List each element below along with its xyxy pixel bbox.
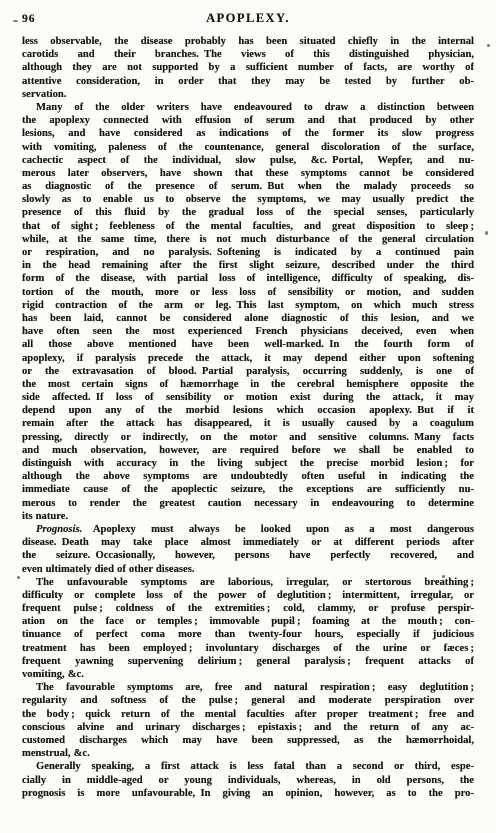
text-line: frequent yawning supervening delirium ; …: [22, 655, 474, 668]
text-line: its nature.: [22, 510, 474, 523]
text-line: even ultimately died of other diseases.: [22, 563, 474, 576]
text-line: treatment has been employed ; involuntar…: [22, 642, 474, 655]
text-line: that of sight ; feebleness of the mental…: [22, 220, 474, 233]
text-line: has been laid, cannot be considered alon…: [22, 312, 474, 325]
text-line: although the above symptoms are undoubte…: [22, 470, 474, 483]
text-line: slowly as to enable us to observe the sy…: [22, 193, 474, 206]
scan-speck: [487, 44, 490, 47]
text-line: lesions, and have considered as indicati…: [22, 127, 474, 140]
text-line: carotids and their branches. The views o…: [22, 48, 474, 61]
text-line: or respiration, and no paralysis. Soften…: [22, 246, 474, 259]
running-title: APOPLEXY.: [22, 11, 474, 26]
text-block: less observable, the disease probably ha…: [22, 35, 474, 800]
text-line: difficulty or complete loss of the power…: [22, 589, 474, 602]
text-line: side affected. If loss of sensibility or…: [22, 391, 474, 404]
scan-speck: [485, 231, 488, 235]
text-line: rigid contraction of the arm or leg. Thi…: [22, 299, 474, 312]
paragraph: The unfavourable symptoms are laborious,…: [22, 576, 474, 682]
book-page: 96 APOPLEXY. less observable, the diseas…: [0, 0, 496, 833]
scan-speck: [442, 575, 445, 578]
text-line: have often seen the most experienced Fre…: [22, 325, 474, 338]
text-line: prognosis is more unfavourable, In givin…: [22, 787, 474, 800]
text-line: Prognosis. Apoplexy must always be looke…: [22, 523, 474, 536]
page-header: 96 APOPLEXY.: [22, 11, 474, 27]
text-line: attentive consideration, in order that t…: [22, 75, 474, 88]
text-line: Many of the older writers have endeavour…: [22, 101, 474, 114]
text-line: Generally speaking, a first attack is le…: [22, 760, 474, 773]
text-line: with vomiting, paleness of the countenan…: [22, 141, 474, 154]
text-line: The favourable symptoms are, free and na…: [22, 681, 474, 694]
text-line: disease. Death may take place almost imm…: [22, 536, 474, 549]
text-line: distinguish with accuracy in the living …: [22, 457, 474, 470]
text-line: merous to render the greatest caution ne…: [22, 497, 474, 510]
paragraph-lead-italic: Prognosis.: [36, 524, 82, 535]
text-line: apoplexy, if paralysis precede the attac…: [22, 352, 474, 365]
paragraph: The favourable symptoms are, free and na…: [22, 681, 474, 760]
text-line: customed discharges which may have been …: [22, 734, 474, 747]
text-line: less observable, the disease probably ha…: [22, 35, 474, 48]
paragraph: Generally speaking, a first attack is le…: [22, 760, 474, 800]
text-line: conscious alvine and urinary discharges …: [22, 721, 474, 734]
text-line: merous later observers, have shown that …: [22, 167, 474, 180]
text-line: The unfavourable symptoms are laborious,…: [22, 576, 474, 589]
scan-speck: [13, 20, 18, 22]
text-line: pressing, directly or indirectly, on the…: [22, 431, 474, 444]
text-line: and much observation, however, are requi…: [22, 444, 474, 457]
text-line: cially in middle-aged or young individua…: [22, 774, 474, 787]
text-line: the apoplexy connected with effusion of …: [22, 114, 474, 127]
text-line: regularity and softness of the pulse ; g…: [22, 694, 474, 707]
text-line: all those above mentioned have been well…: [22, 338, 474, 351]
text-line: in the head remaining after the first sl…: [22, 259, 474, 272]
text-line: menstrual, &c.: [22, 747, 474, 760]
text-line: servation.: [22, 88, 474, 101]
text-line: form of the disease, with partial loss o…: [22, 272, 474, 285]
text-line: immediate cause of the apoplectic seizur…: [22, 483, 474, 496]
text-line: remain after the attack has disappeared,…: [22, 417, 474, 430]
text-line: ation on the face or temples ; immovable…: [22, 615, 474, 628]
scan-speck: [17, 576, 20, 579]
text-line: the seizure. Occasionally, however, pers…: [22, 549, 474, 562]
text-line: frequent pulse ; coldness of the extremi…: [22, 602, 474, 615]
text-line: tinuance of perfect coma more than twent…: [22, 628, 474, 641]
text-line: although they are not supported by a suf…: [22, 61, 474, 74]
paragraph: Many of the older writers have endeavour…: [22, 101, 474, 523]
text-line: vomiting, &c.: [22, 668, 474, 681]
scan-speck: [303, 649, 306, 651]
paragraph: Prognosis. Apoplexy must always be looke…: [22, 523, 474, 576]
text-line: while, at the same time, there is not mu…: [22, 233, 474, 246]
text-line: as diagnostic of the presence of serum. …: [22, 180, 474, 193]
text-line: cachectic aspect of the individual, slow…: [22, 154, 474, 167]
text-line: tortion of the mouth, more or less loss …: [22, 286, 474, 299]
text-line: or the extravasation of blood. Partial p…: [22, 365, 474, 378]
text-line: the body ; quick return of the mental fa…: [22, 708, 474, 721]
text-line: depend upon any of the morbid lesions wh…: [22, 404, 474, 417]
text-line: the most certain signs of hæmorrhage in …: [22, 378, 474, 391]
paragraph: less observable, the disease probably ha…: [22, 35, 474, 101]
text-line: presence of this fluid by the gradual lo…: [22, 206, 474, 219]
